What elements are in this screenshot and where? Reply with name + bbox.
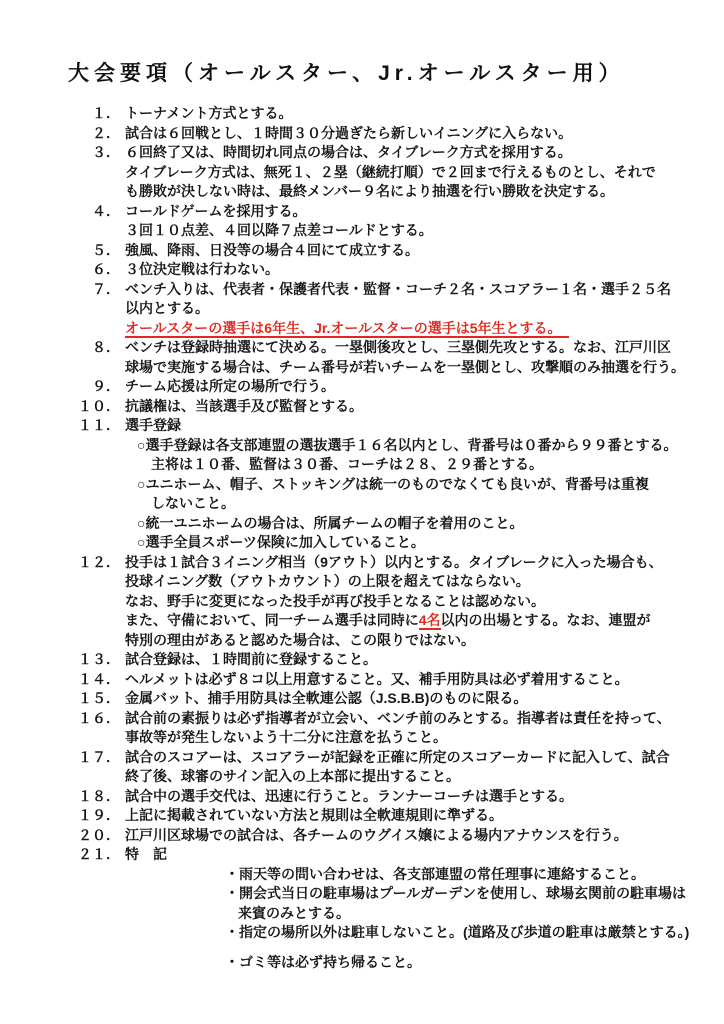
list-item: １１．選手登録○選手登録は各支部連盟の選抜選手１６名以内とし、背番号は０番から９… — [60, 416, 690, 553]
item-line: 特 記 — [125, 845, 690, 865]
list-item: １０．抗議権は、当該選手及び監督とする。 — [60, 397, 690, 417]
item-line: ・指定の場所以外は駐車しないこと。(道路及び歩道の駐車は厳禁とする。) — [225, 923, 690, 943]
list-item: １９．上記に掲載されていない方法と規則は全軟連規則に準ずる。 — [60, 806, 690, 826]
item-number: １３． — [60, 650, 120, 670]
item-body: ベンチは登録時抽選にて決める。一塁側後攻とし、三塁側先攻とする。なお、江戸川区球… — [120, 338, 690, 377]
text-run: 球場で実施する場合は、チーム番号が若いチームを一塁側とし、攻撃順のみ抽選を行う。 — [125, 359, 685, 375]
item-line: ３回１０点差、４回以降７点差コールドとする。 — [125, 221, 690, 241]
item-line: ３位決定戦は行わない。 — [125, 260, 690, 280]
text-run: ３位決定戦は行わない。 — [125, 261, 279, 277]
list-item: １４．ヘルメットは必ず８コ以上用意すること。又、補手用防具は必ず着用すること。 — [60, 670, 690, 690]
item-line: ベンチ入りは、代表者・保護者代表・監督・コーチ２名・スコアラー１名・選手２５名 — [125, 280, 690, 300]
text-run: 事故等が発生しないよう十二分に注意を払うこと。 — [125, 729, 447, 745]
item-line: 主将は１０番、監督は３０番、コーチは２８、２９番とする。 — [151, 455, 690, 475]
item-line: また、守備において、同一チーム選手は同時に4名以内の出場とする。なお、連盟が — [125, 611, 690, 631]
item-line: 終了後、球審のサイン記入の上本部に提出すること。 — [125, 767, 690, 787]
text-run: ・雨天等の問い合わせは、各支部連盟の常任理事に連絡すること。 — [225, 866, 645, 882]
text-run: 選手登録 — [125, 417, 181, 433]
list-item: ２１．特 記・雨天等の問い合わせは、各支部連盟の常任理事に連絡すること。・開会式… — [60, 845, 690, 972]
item-number: １０． — [60, 397, 120, 417]
list-item: ７．ベンチ入りは、代表者・保護者代表・監督・コーチ２名・スコアラー１名・選手２５… — [60, 280, 690, 339]
item-body: トーナメント方式とする。 — [120, 104, 690, 124]
item-line: 選手登録 — [125, 416, 690, 436]
text-run: ヘルメットは必ず８コ以上用意すること。又、補手用防具は必ず着用すること。 — [125, 671, 629, 687]
item-body: 選手登録○選手登録は各支部連盟の選抜選手１６名以内とし、背番号は０番から９９番と… — [120, 416, 690, 553]
item-number: １９． — [60, 806, 120, 826]
text-run: 主将は１０番、監督は３０番、コーチは２８、２９番とする。 — [151, 456, 543, 472]
item-line: 試合中の選手交代は、迅速に行うこと。ランナーコーチは選手とする。 — [125, 787, 690, 807]
item-line: 来賓のみとする。 — [238, 904, 690, 924]
item-line: 試合のスコアーは、スコアラーが記録を正確に所定のスコアーカードに記入して、試合 — [125, 748, 690, 768]
item-body: 試合のスコアーは、スコアラーが記録を正確に所定のスコアーカードに記入して、試合終… — [120, 748, 690, 787]
text-run: 試合登録は、１時間前に登録すること。 — [125, 651, 377, 667]
item-body: 特 記・雨天等の問い合わせは、各支部連盟の常任理事に連絡すること。・開会式当日の… — [120, 845, 690, 972]
text-run: 投球イニング数（アウトカウント）の上限を超えてはならない。 — [125, 573, 530, 589]
item-line: オールスターの選手は6年生、Jr.オールスターの選手は5年生とする。 — [125, 319, 690, 339]
text-run: トーナメント方式とする。 — [125, 105, 292, 121]
item-line: ・ゴミ等は必ず持ち帰ること。 — [225, 953, 690, 973]
text-run: ・ゴミ等は必ず持ち帰ること。 — [225, 954, 421, 970]
text-run: 以内の出場とする。なお、連盟が — [441, 612, 651, 628]
item-line: 投手は１試合３イニング相当（9アウト）以内とする。タイブレークに入った場合も、 — [125, 553, 690, 573]
item-line: 抗議権は、当該選手及び監督とする。 — [125, 397, 690, 417]
text-run: ○選手登録は各支部連盟の選抜選手１６名以内とし、背番号は０番から９９番とする。 — [137, 437, 677, 453]
item-number: １６． — [60, 709, 120, 748]
item-body: 試合前の素振りは必ず指導者が立会い、ベンチ前のみとする。指導者は責任を持って、事… — [120, 709, 690, 748]
item-line: チーム応援は所定の場所で行う。 — [125, 377, 690, 397]
list-item: ３．６回終了又は、時間切れ同点の場合は、タイブレーク方式を採用する。タイブレーク… — [60, 143, 690, 202]
item-line: なお、野手に変更になった投手が再び投手となることは認めない。 — [125, 592, 690, 612]
item-body: 試合登録は、１時間前に登録すること。 — [120, 650, 690, 670]
list-item: １８．試合中の選手交代は、迅速に行うこと。ランナーコーチは選手とする。 — [60, 787, 690, 807]
text-run: ベンチ入りは、代表者・保護者代表・監督・コーチ２名・スコアラー１名・選手２５名 — [125, 281, 671, 297]
item-line: 強風、降雨、日没等の場合４回にて成立する。 — [125, 241, 690, 261]
text-run: 強風、降雨、日没等の場合４回にて成立する。 — [125, 242, 419, 258]
list-item: １７．試合のスコアーは、スコアラーが記録を正確に所定のスコアーカードに記入して、… — [60, 748, 690, 787]
item-number: ３． — [60, 143, 120, 202]
item-number: ６． — [60, 260, 120, 280]
text-run: 金属バット、捕手用防具は全軟連公認（J.S.B.B)のものに限る。 — [125, 690, 527, 706]
list-item: ９．チーム応援は所定の場所で行う。 — [60, 377, 690, 397]
item-line: トーナメント方式とする。 — [125, 104, 690, 124]
item-line: タイブレーク方式は、無死１、２塁（継続打順）で２回まで行えるものとし、それで — [125, 163, 690, 183]
item-line: ・開会式当日の駐車場はプールガーデンを使用し、球場玄関前の駐車場は — [225, 884, 690, 904]
text-run: しないこと。 — [151, 495, 235, 511]
item-line: 試合登録は、１時間前に登録すること。 — [125, 650, 690, 670]
text-run: 上記に掲載されていない方法と規則は全軟連規則に準ずる。 — [125, 807, 503, 823]
item-line: 上記に掲載されていない方法と規則は全軟連規則に準ずる。 — [125, 806, 690, 826]
text-run: 以内とする。 — [125, 300, 209, 316]
item-body: 江戸川区球場での試合は、各チームのウグイス嬢による場内アナウンスを行う。 — [120, 826, 690, 846]
list-item: １３．試合登録は、１時間前に登録すること。 — [60, 650, 690, 670]
item-number: ９． — [60, 377, 120, 397]
item-body: 金属バット、捕手用防具は全軟連公認（J.S.B.B)のものに限る。 — [120, 689, 690, 709]
text-run: チーム応援は所定の場所で行う。 — [125, 378, 335, 394]
text-run: ベンチは登録時抽選にて決める。一塁側後攻とし、三塁側先攻とする。なお、江戸川区 — [125, 339, 671, 355]
item-body: ３位決定戦は行わない。 — [120, 260, 690, 280]
item-number: ２０． — [60, 826, 120, 846]
item-number: １４． — [60, 670, 120, 690]
list-item: ６．３位決定戦は行わない。 — [60, 260, 690, 280]
item-number: １７． — [60, 748, 120, 787]
text-run: コールドゲームを採用する。 — [125, 203, 306, 219]
item-line: ヘルメットは必ず８コ以上用意すること。又、補手用防具は必ず着用すること。 — [125, 670, 690, 690]
text-run: ○統一ユニホームの場合は、所属チームの帽子を着用のこと。 — [137, 515, 523, 531]
text-run: 試合は６回戦とし、１時間３０分過ぎたら新しいイニングに入らない。 — [125, 125, 572, 141]
item-number: １． — [60, 104, 120, 124]
item-body: コールドゲームを採用する。３回１０点差、４回以降７点差コールドとする。 — [120, 202, 690, 241]
item-number: １１． — [60, 416, 120, 553]
item-line: も勝敗が決しない時は、最終メンバー９名により抽選を行い勝敗を決定する。 — [125, 182, 690, 202]
item-number: ８． — [60, 338, 120, 377]
text-run: 終了後、球審のサイン記入の上本部に提出すること。 — [125, 768, 460, 784]
list-item: ５．強風、降雨、日没等の場合４回にて成立する。 — [60, 241, 690, 261]
text-run: ・開会式当日の駐車場はプールガーデンを使用し、球場玄関前の駐車場は — [225, 885, 686, 901]
list-item: １５．金属バット、捕手用防具は全軟連公認（J.S.B.B)のものに限る。 — [60, 689, 690, 709]
item-line: ○選手全員スポーツ保険に加入していること。 — [137, 533, 690, 553]
text-run: 投手は１試合３イニング相当（9アウト）以内とする。タイブレークに入った場合も、 — [125, 554, 663, 570]
item-line: ６回終了又は、時間切れ同点の場合は、タイブレーク方式を採用する。 — [125, 143, 690, 163]
text-run: 特 記 — [125, 846, 167, 862]
item-line: ベンチは登録時抽選にて決める。一塁側後攻とし、三塁側先攻とする。なお、江戸川区 — [125, 338, 690, 358]
text-run: も勝敗が決しない時は、最終メンバー９名により抽選を行い勝敗を決定する。 — [125, 183, 614, 199]
item-line: 投球イニング数（アウトカウント）の上限を超えてはならない。 — [125, 572, 690, 592]
text-run: 試合中の選手交代は、迅速に行うこと。ランナーコーチは選手とする。 — [125, 788, 573, 804]
item-number: ５． — [60, 241, 120, 261]
text-run: ○選手全員スポーツ保険に加入していること。 — [137, 534, 425, 550]
text-run: 試合のスコアーは、スコアラーが記録を正確に所定のスコアーカードに記入して、試合 — [125, 749, 670, 765]
item-number: ２． — [60, 124, 120, 144]
item-number: １５． — [60, 689, 120, 709]
text-run: ○ユニホーム、帽子、ストッキングは統一のものでなくても良いが、背番号は重複 — [137, 476, 649, 492]
rules-list: １．トーナメント方式とする。２．試合は６回戦とし、１時間３０分過ぎたら新しいイニ… — [60, 104, 690, 972]
item-line: 試合は６回戦とし、１時間３０分過ぎたら新しいイニングに入らない。 — [125, 124, 690, 144]
item-line: ○ユニホーム、帽子、ストッキングは統一のものでなくても良いが、背番号は重複 — [137, 475, 690, 495]
item-body: 試合中の選手交代は、迅速に行うこと。ランナーコーチは選手とする。 — [120, 787, 690, 807]
item-number: １８． — [60, 787, 120, 807]
item-line: 事故等が発生しないよう十二分に注意を払うこと。 — [125, 728, 690, 748]
red-underlined-text: オールスターの選手は6年生、Jr.オールスターの選手は5年生とする。 — [125, 320, 569, 338]
item-line: ○選手登録は各支部連盟の選抜選手１６名以内とし、背番号は０番から９９番とする。 — [137, 436, 690, 456]
text-run: ・指定の場所以外は駐車しないこと。(道路及び歩道の駐車は厳禁とする。) — [225, 924, 689, 940]
document-page: 大会要項（オールスター、Jr.オールスター用） １．トーナメント方式とする。２．… — [0, 0, 724, 1024]
item-line: ○統一ユニホームの場合は、所属チームの帽子を着用のこと。 — [137, 514, 690, 534]
text-run: 来賓のみとする。 — [238, 905, 350, 921]
list-item: ４．コールドゲームを採用する。３回１０点差、４回以降７点差コールドとする。 — [60, 202, 690, 241]
list-item: １２．投手は１試合３イニング相当（9アウト）以内とする。タイブレークに入った場合… — [60, 553, 690, 651]
item-line: 特別の理由があると認めた場合は、この限りではない。 — [125, 631, 690, 651]
text-run: 抗議権は、当該選手及び監督とする。 — [125, 398, 363, 414]
text-run: また、守備において、同一チーム選手は同時に — [125, 612, 419, 628]
list-item: １．トーナメント方式とする。 — [60, 104, 690, 124]
item-body: 投手は１試合３イニング相当（9アウト）以内とする。タイブレークに入った場合も、投… — [120, 553, 690, 651]
item-number: ７． — [60, 280, 120, 339]
text-run: ３回１０点差、４回以降７点差コールドとする。 — [125, 222, 433, 238]
list-item: ２．試合は６回戦とし、１時間３０分過ぎたら新しいイニングに入らない。 — [60, 124, 690, 144]
item-line: 球場で実施する場合は、チーム番号が若いチームを一塁側とし、攻撃順のみ抽選を行う。 — [125, 358, 690, 378]
item-body: チーム応援は所定の場所で行う。 — [120, 377, 690, 397]
item-body: 上記に掲載されていない方法と規則は全軟連規則に準ずる。 — [120, 806, 690, 826]
item-body: 試合は６回戦とし、１時間３０分過ぎたら新しいイニングに入らない。 — [120, 124, 690, 144]
item-line: 金属バット、捕手用防具は全軟連公認（J.S.B.B)のものに限る。 — [125, 689, 690, 709]
red-underlined-text: 4名 — [419, 612, 441, 630]
text-run: タイブレーク方式は、無死１、２塁（継続打順）で２回まで行えるものとし、それで — [125, 164, 656, 180]
item-line: ・雨天等の問い合わせは、各支部連盟の常任理事に連絡すること。 — [225, 865, 690, 885]
page-title: 大会要項（オールスター、Jr.オールスター用） — [68, 57, 625, 87]
item-number: １２． — [60, 553, 120, 651]
list-item: １６．試合前の素振りは必ず指導者が立会い、ベンチ前のみとする。指導者は責任を持っ… — [60, 709, 690, 748]
item-line: コールドゲームを採用する。 — [125, 202, 690, 222]
text-run: 江戸川区球場での試合は、各チームのウグイス嬢による場内アナウンスを行う。 — [125, 827, 628, 843]
item-body: 強風、降雨、日没等の場合４回にて成立する。 — [120, 241, 690, 261]
list-item: ２０．江戸川区球場での試合は、各チームのウグイス嬢による場内アナウンスを行う。 — [60, 826, 690, 846]
item-body: 抗議権は、当該選手及び監督とする。 — [120, 397, 690, 417]
item-line: 以内とする。 — [125, 299, 690, 319]
item-line: 試合前の素振りは必ず指導者が立会い、ベンチ前のみとする。指導者は責任を持って、 — [125, 709, 690, 729]
item-body: ベンチ入りは、代表者・保護者代表・監督・コーチ２名・スコアラー１名・選手２５名以… — [120, 280, 690, 339]
text-run: ６回終了又は、時間切れ同点の場合は、タイブレーク方式を採用する。 — [125, 144, 572, 160]
item-line: 江戸川区球場での試合は、各チームのウグイス嬢による場内アナウンスを行う。 — [125, 826, 690, 846]
item-body: ヘルメットは必ず８コ以上用意すること。又、補手用防具は必ず着用すること。 — [120, 670, 690, 690]
list-item: ８．ベンチは登録時抽選にて決める。一塁側後攻とし、三塁側先攻とする。なお、江戸川… — [60, 338, 690, 377]
item-line: しないこと。 — [151, 494, 690, 514]
text-run: なお、野手に変更になった投手が再び投手となることは認めない。 — [125, 593, 545, 609]
text-run: 試合前の素振りは必ず指導者が立会い、ベンチ前のみとする。指導者は責任を持って、 — [125, 710, 671, 726]
text-run: 特別の理由があると認めた場合は、この限りではない。 — [125, 632, 475, 648]
item-number: ４． — [60, 202, 120, 241]
item-body: ６回終了又は、時間切れ同点の場合は、タイブレーク方式を採用する。タイブレーク方式… — [120, 143, 690, 202]
item-number: ２１． — [60, 845, 120, 972]
